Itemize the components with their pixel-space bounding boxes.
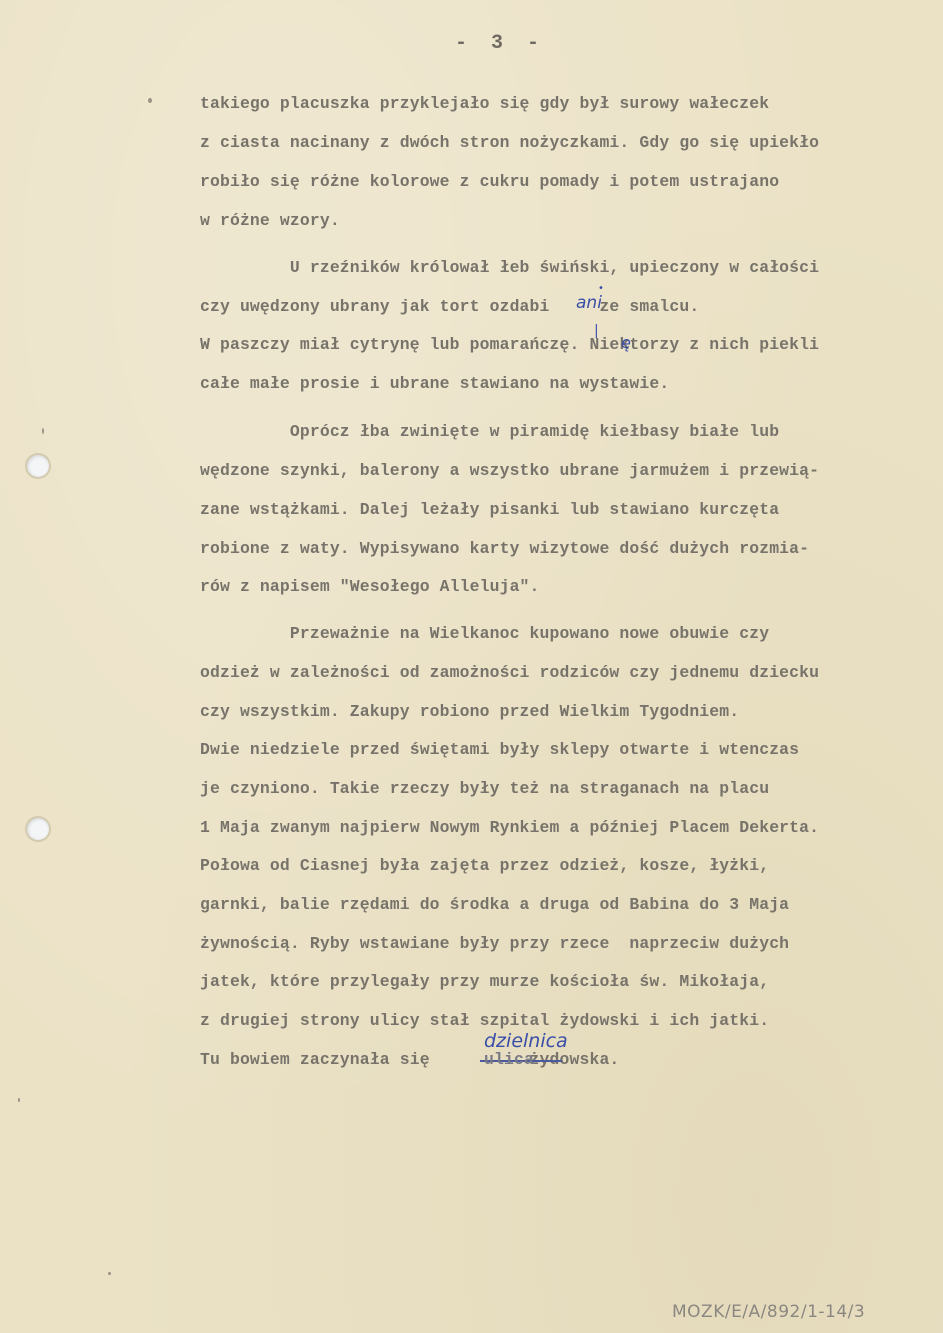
typed-line: żywnością. Ryby wstawiane były przy rzec… [200, 934, 930, 954]
paper-speck [148, 98, 152, 103]
typed-line: Połowa od Ciasnej była zajęta przez odzi… [200, 856, 930, 876]
handwritten-correction-ozdabiani: ani [576, 293, 602, 313]
typed-line: Oprócz łba zwinięte w piramidę kiełbasy … [200, 422, 930, 442]
typed-line: Dwie niedziele przed świętami były sklep… [200, 740, 930, 760]
handwritten-mark-tick: • [598, 283, 604, 294]
page-number: - 3 - [455, 32, 545, 55]
paper-speck [18, 1098, 20, 1102]
typed-line: W paszczy miał cytrynę lub pomarańczę. N… [200, 335, 930, 355]
typed-line: rów z napisem "Wesołego Alleluja". [200, 577, 930, 597]
typed-line: w różne wzory. [200, 211, 930, 231]
typed-line: zane wstążkami. Dalej leżały pisanki lub… [200, 500, 930, 520]
typed-line: całe małe prosie i ubrane stawiano na wy… [200, 374, 930, 394]
typed-line: takiego placuszka przyklejało się gdy by… [200, 94, 930, 114]
typed-line: czy wszystkim. Zakupy robiono przed Wiel… [200, 702, 930, 722]
typed-line: odzież w zależności od zamożności rodzic… [200, 663, 930, 683]
typed-line: je czyniono. Takie rzeczy były też na st… [200, 779, 930, 799]
handwritten-correction-pomarancze: | [594, 323, 599, 339]
punch-hole-lower [27, 818, 49, 840]
struck-word: ulica [484, 1050, 534, 1070]
paper-speck [108, 1272, 111, 1275]
typed-line: z drugiej strony ulicy stał szpital żydo… [200, 1011, 930, 1031]
paper-speck [42, 428, 44, 434]
typed-line: robiło się różne kolorowe z cukru pomady… [200, 172, 930, 192]
typed-line: wędzone szynki, balerony a wszystko ubra… [200, 461, 930, 481]
punch-hole-upper [27, 455, 49, 477]
document-page: - 3 - takiego placuszka przyklejało się … [0, 0, 943, 1333]
typed-line: z ciasta nacinany z dwóch stron nożyczka… [200, 133, 930, 153]
typed-line: jatek, które przylegały przy murze kości… [200, 972, 930, 992]
typed-line: robione z waty. Wypisywano karty wizytow… [200, 539, 930, 559]
typed-line: Przeważnie na Wielkanoc kupowano nowe ob… [200, 624, 930, 644]
typed-line: U rzeźników królował łeb świński, upiecz… [200, 258, 930, 278]
archive-reference: MOZK/E/A/892/1-14/3 [672, 1302, 865, 1322]
handwritten-correction-e: ę [621, 333, 631, 352]
typed-line: czy uwędzony ubrany jak tort ozdabi ze s… [200, 297, 930, 317]
handwritten-correction-dzielnica: dzielnica [484, 1030, 568, 1052]
typed-line: Tu bowiem zaczynała się żydowska. [200, 1050, 930, 1070]
typed-line: 1 Maja zwanym najpierw Nowym Rynkiem a p… [200, 818, 930, 838]
typed-line: garnki, balie rzędami do środka a druga … [200, 895, 930, 915]
